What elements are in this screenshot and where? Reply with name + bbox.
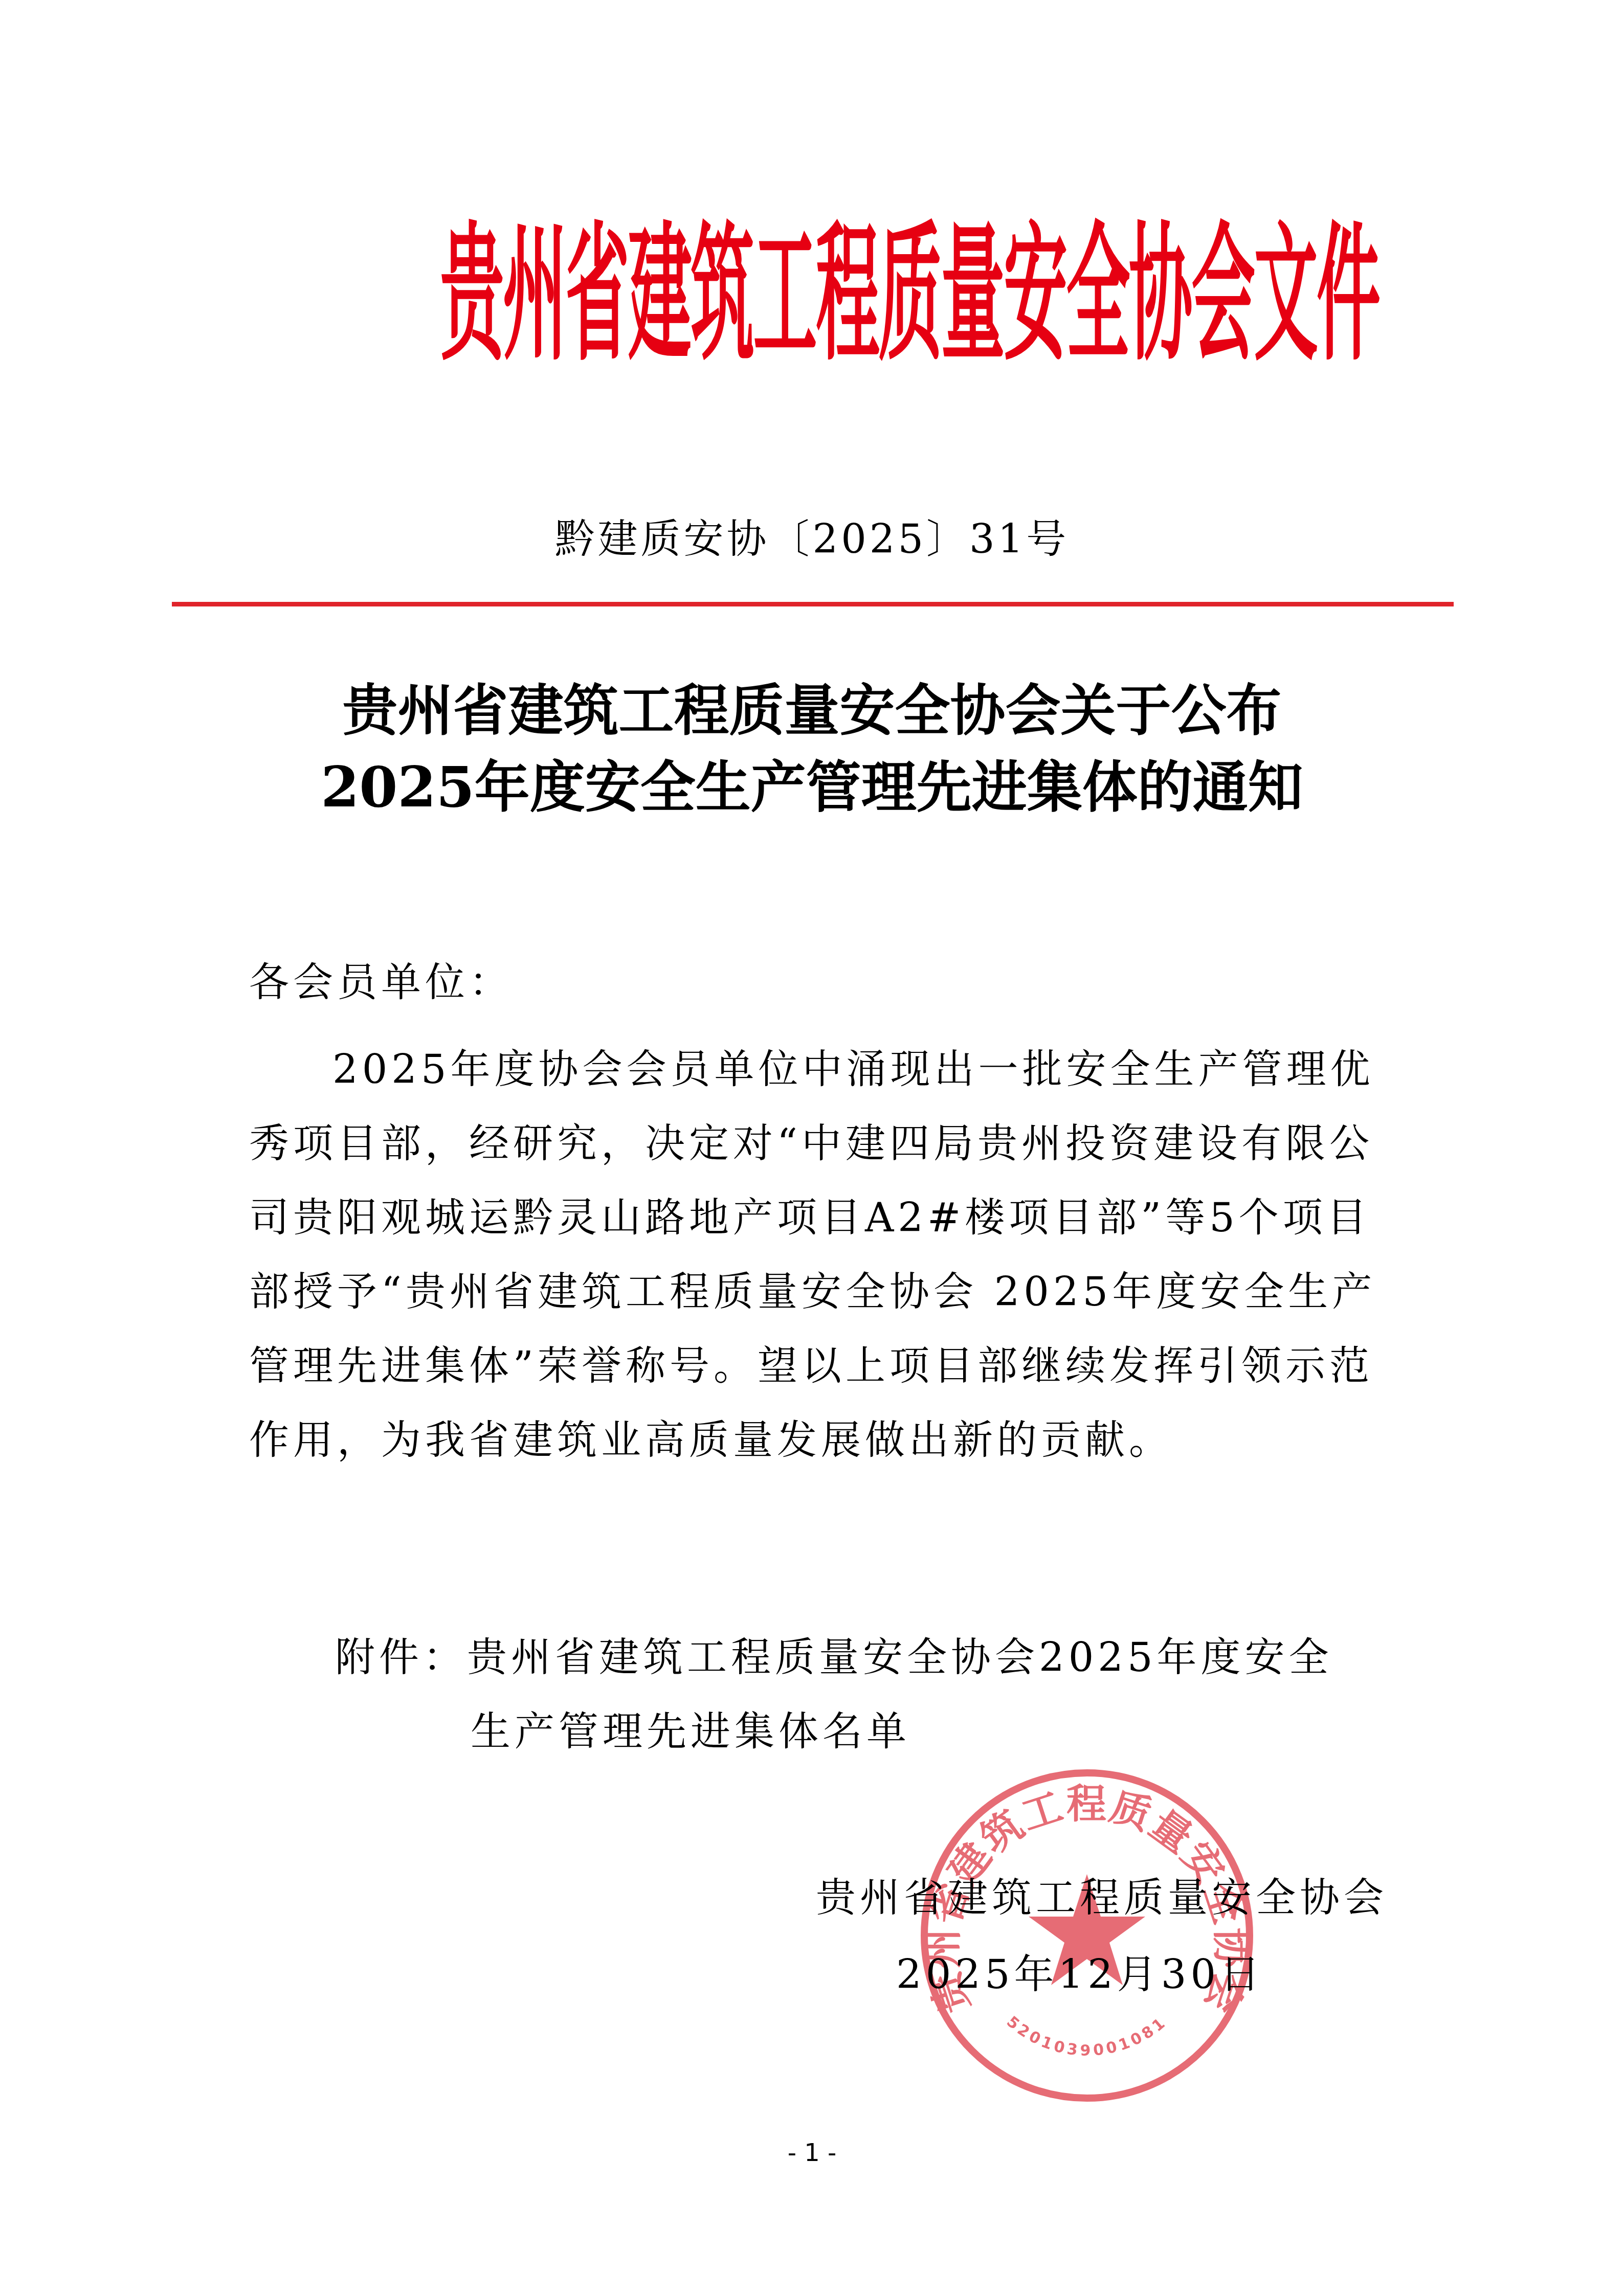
official-seal: 贵州省建筑工程质量安全协会 5201039001081: [916, 1764, 1258, 2107]
salutation: 各会员单位：: [249, 946, 513, 1020]
body-paragraph-line: 作用，为我省建筑业高质量发展做出新的贡献。: [249, 1404, 1173, 1478]
notice-title-line-1: 贵州省建筑工程质量安全协会关于公布: [0, 672, 1624, 749]
body-paragraph-line: 司贵阳观城运黔灵山路地产项目A2#楼项目部”等5个项目: [249, 1181, 1371, 1255]
notice-title-line-2: 2025年度安全生产管理先进集体的通知: [0, 749, 1624, 826]
seal-icon: 贵州省建筑工程质量安全协会 5201039001081: [916, 1764, 1258, 2107]
document-number: 黔建质安协〔2025〕31号: [0, 511, 1624, 568]
body-paragraph-line: 秀项目部，经研究，决定对“中建四局贵州投资建设有限公: [249, 1107, 1373, 1181]
signature-date: 2025年12月30日: [896, 1938, 1264, 2012]
red-divider-line: [172, 602, 1454, 606]
attachment-line-2: 生产管理先进集体名单: [471, 1695, 910, 1769]
document-header-title: 贵州省建筑工程质量安全协会文件: [440, 180, 1176, 408]
body-paragraph-line: 管理先进集体”荣誉称号。望以上项目部继续发挥引领示范: [249, 1330, 1373, 1404]
page-number: - 1 -: [0, 2132, 1624, 2173]
signature-organization: 贵州省建筑工程质量安全协会: [816, 1861, 1388, 1935]
svg-text:5201039001081: 5201039001081: [1003, 2013, 1171, 2060]
body-paragraph-line: 2025年度协会会员单位中涌现出一批安全生产管理优: [332, 1033, 1374, 1107]
body-paragraph-line: 部授予“贵州省建筑工程质量安全协会 2025年度安全生产: [249, 1255, 1376, 1330]
attachment-line-1: 附件：贵州省建筑工程质量安全协会2025年度安全: [335, 1621, 1333, 1695]
